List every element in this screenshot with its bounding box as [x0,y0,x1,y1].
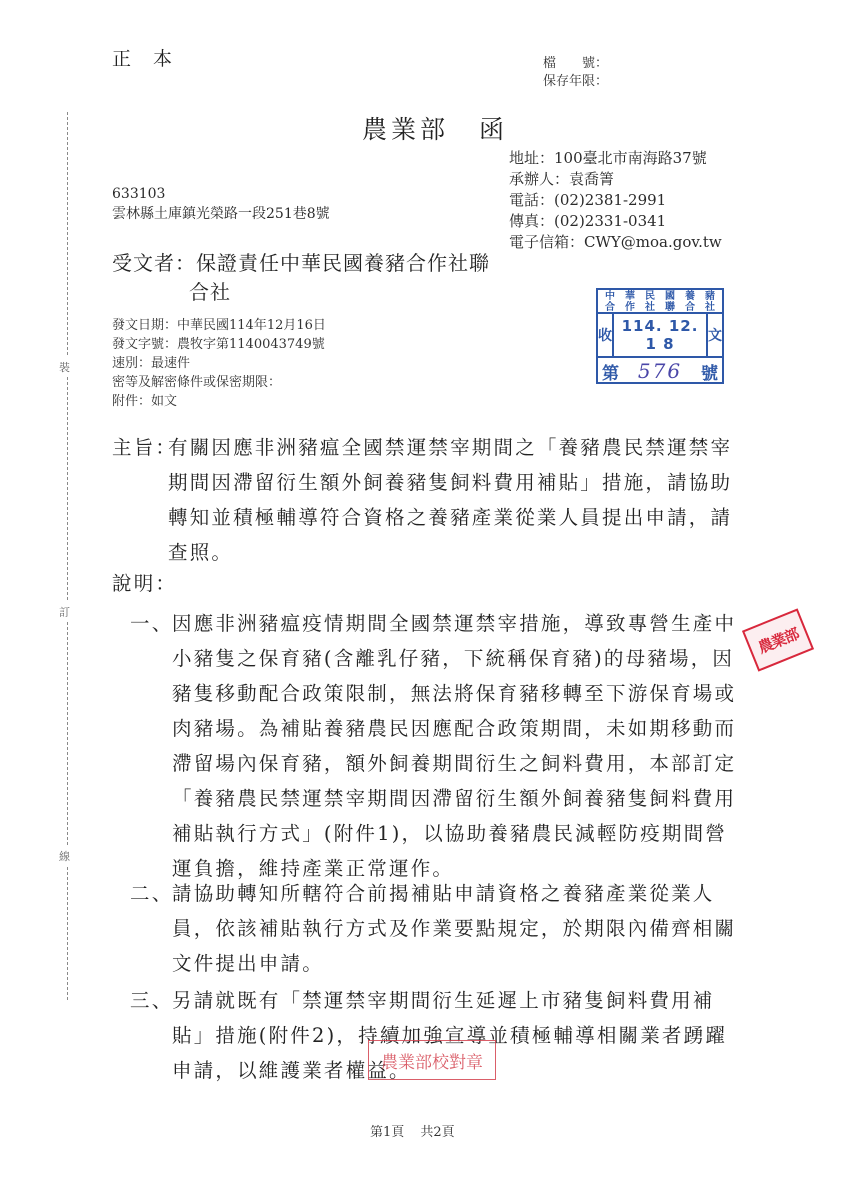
item-line: 「養豬農民禁運禁宰期間因滯留衍生額外飼養豬隻飼料費用 [172,781,800,816]
sender-address: 地址：100臺北市南海路37號 [509,148,722,169]
binding-line [67,112,68,1000]
subject-line: 期間因滯留衍生額外飼養豬隻飼料費用補貼」措施，請協助 [168,465,792,500]
sender-email: 電子信箱：CWY@moa.gov.tw [509,232,722,253]
proofreading-seal-stamp: 農業部校對章 [368,1040,496,1080]
recipient: 受文者：保證責任中華民國養豬合作社聯 合社 [112,249,490,307]
subject-line: 轉知並積極輔導符合資格之養豬產業從業人員提出申請，請 [168,500,792,535]
subject-section: 主旨： 有關因應非洲豬瘟全國禁運禁宰期間之「養豬農民禁運禁宰 期間因滯留衍生額外… [112,430,792,570]
explanation-label: 說明： [112,566,177,601]
file-info: 檔 號： 保存年限： [543,55,608,91]
page-indicator: 第1頁 共2頁 [370,1121,455,1140]
item-line: 請協助轉知所轄符合前揭補貼申請資格之養豬產業從業人 [172,876,800,911]
item-line: 另請就既有「禁運禁宰期間衍生延遲上市豬隻飼料費用補 [172,983,800,1018]
stamp-char: 聯 [660,302,680,313]
item-number: 二、 [130,876,173,911]
stamp-date-row: 收 114. 12. 1 8 文 [598,314,722,358]
binding-char-xian: 線 [59,846,70,866]
sender-contact: 承辦人：袁喬箐 [509,169,722,190]
postal-code: 633103 [112,184,330,204]
item-line: 豬隻移動配合政策限制，無法將保育豬移轉至下游保育場或 [172,676,800,711]
document-type: 函 [479,115,508,144]
agency-name: 農業部 [362,115,449,144]
classification: 密等及解密條件或保密期限： [112,373,326,392]
recipient-name-cont: 合社 [112,278,490,307]
retention-label: 保存年限： [543,73,608,91]
sender-info: 地址：100臺北市南海路37號 承辦人：袁喬箐 電話：(02)2381-2991… [509,148,722,253]
copy-mark: 正本 [112,44,194,71]
explanation-item-1: 一、 因應非洲豬瘟疫情期間全國禁運禁宰措施，導致專營生產中 小豬隻之保育豬(含離… [130,606,800,886]
file-number-label: 檔 號： [543,55,608,73]
recipient-name: 保證責任中華民國養豬合作社聯 [196,251,490,275]
binding-char-zhuang: 裝 [59,357,70,377]
stamp-char: 中 [600,291,620,302]
item-line: 文件提出申請。 [172,946,800,981]
stamp-char: 國 [660,291,680,302]
item-line: 肉豬場。為補貼養豬農民因應配合政策期間，未如期移動而 [172,711,800,746]
receipt-stamp: 中 華 民 國 養 豬 合 作 社 聯 合 社 收 114. 12. 1 8 文… [596,288,724,384]
item-line: 員，依該補貼執行方式及作業要點規定，於期限內備齊相關 [172,911,800,946]
street-address: 雲林縣土庫鎮光榮路一段251巷8號 [112,204,330,224]
stamp-char: 養 [680,291,700,302]
sender-fax: 傳真：(02)2331-0341 [509,211,722,232]
stamp-prefix: 第 [602,359,619,384]
binding-char-ding: 訂 [59,602,70,622]
stamp-org-name: 中 華 民 國 養 豬 合 作 社 聯 合 社 [598,290,722,314]
recipient-address: 633103 雲林縣土庫鎮光榮路一段251巷8號 [112,184,330,224]
urgency: 速別：最速件 [112,354,326,373]
subject-line: 有關因應非洲豬瘟全國禁運禁宰期間之「養豬農民禁運禁宰 [168,430,792,465]
item-line: 滯留場內保育豬，額外飼養期間衍生之飼料費用，本部訂定 [172,746,800,781]
item-line: 小豬隻之保育豬(含離乳仔豬，下統稱保育豬)的母豬場，因 [172,641,800,676]
doc-number: 發文字號：農牧字第1140043749號 [112,335,326,354]
item-number: 三、 [130,983,173,1018]
stamp-char: 社 [640,302,660,313]
sender-phone: 電話：(02)2381-2991 [509,190,722,211]
stamp-char: 豬 [700,291,720,302]
stamp-char: 華 [620,291,640,302]
stamp-char: 作 [620,302,640,313]
stamp-number-row: 第 576 號 [598,358,722,384]
subject-line: 查照。 [168,535,792,570]
stamp-suffix: 號 [701,359,718,384]
document-title: 農業部函 [362,110,508,146]
stamp-char: 合 [600,302,620,313]
explanation-item-2: 二、 請協助轉知所轄符合前揭補貼申請資格之養豬產業從業人 員，依該補貼執行方式及… [130,876,800,981]
item-line: 補貼執行方式」(附件1)，以協助養豬農民減輕防疫期間營 [172,816,800,851]
stamp-char: 民 [640,291,660,302]
document-meta: 發文日期：中華民國114年12月16日 發文字號：農牧字第1140043749號… [112,316,326,411]
issue-date: 發文日期：中華民國114年12月16日 [112,316,326,335]
stamp-char: 社 [700,302,720,313]
stamp-right-char: 文 [706,314,722,356]
stamp-left-char: 收 [598,314,614,356]
item-number: 一、 [130,606,173,641]
stamp-char: 合 [680,302,700,313]
stamp-handwritten-number: 576 [638,359,682,383]
recipient-label: 受文者： [112,251,196,275]
subject-label: 主旨： [112,430,177,465]
attachments: 附件：如文 [112,392,326,411]
stamp-date: 114. 12. 1 8 [614,317,706,353]
item-line: 因應非洲豬瘟疫情期間全國禁運禁宰措施，導致專營生產中 [172,606,800,641]
